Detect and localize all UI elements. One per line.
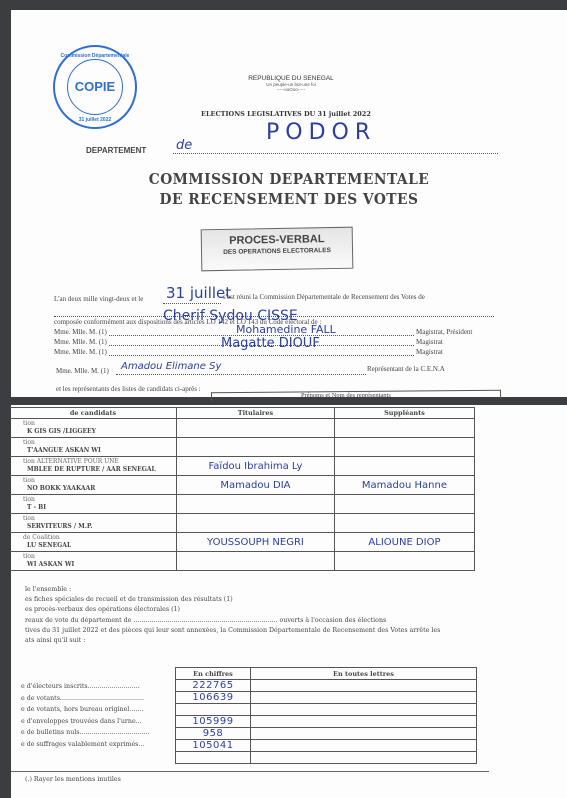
result-row: 105999	[176, 716, 477, 728]
suppleant-handwritten: ALIOUNE DIOP	[334, 533, 474, 552]
pv-title-box: PROCES-VERBAL DES OPERATIONS ELECTORALES	[201, 227, 354, 272]
titulaire-handwritten	[177, 438, 335, 457]
ensemble-line: ats ainsi qu'il suit :	[25, 636, 440, 646]
candidate-list-row: tion SERVITEURS / M.P.	[10, 514, 475, 533]
result-label: e de votants, hors bureau originel......…	[21, 704, 150, 716]
header-lists: de candidats	[10, 408, 177, 419]
candidate-list-row: de Coalition LU SENEGAL YOUSSOUPH NEGRI …	[10, 533, 475, 552]
result-in-letters	[251, 680, 477, 692]
document-page-2: de candidats Titulaires Suppléants tion …	[11, 405, 567, 798]
result-label: e d'enveloppes trouvées dans l'urne...	[21, 716, 150, 728]
intro-line1-prefix: L'an deux mille vingt-deux et le	[54, 295, 143, 303]
candidate-list-row: tion K GIS GIS /LIGGEEY	[10, 419, 475, 438]
member-2-name-handwritten: Mohamedine FALL	[236, 323, 336, 336]
result-figure-handwritten: 958	[176, 728, 251, 740]
intro-line1-suffix: s'est réuni la Commission Départementale…	[223, 293, 425, 301]
reps-header-partial: Prénoms et Nom des représentants	[301, 392, 391, 399]
header-en-toutes-lettres: En toutes lettres	[251, 668, 477, 680]
header-suppleants: Suppléants	[334, 408, 474, 419]
member-4-name-handwritten: Amadou Elimane Sy	[121, 361, 221, 372]
commission-title-line1: COMMISSION DEPARTEMENTALE	[33, 170, 545, 188]
department-name-handwritten: PODOR	[266, 120, 376, 145]
result-row: 106639	[176, 692, 477, 704]
member-3-role: Magistrat	[416, 348, 443, 356]
result-figure-handwritten: 222765	[176, 680, 251, 692]
list-name: tion T - BI	[10, 495, 177, 514]
result-row: 105041	[176, 740, 477, 752]
list-name: tion WI ASKAN WI	[10, 552, 177, 571]
result-figure-handwritten	[176, 704, 251, 716]
suppleant-handwritten	[334, 552, 474, 571]
ensemble-line: es procès-verbaux des opérations élector…	[25, 605, 440, 615]
candidate-list-row: tion T'AANGUE ASKAN WI	[10, 438, 475, 457]
suppleant-handwritten: Mamadou Hanne	[334, 476, 474, 495]
result-in-letters	[251, 692, 477, 704]
titulaire-handwritten	[177, 419, 335, 438]
ensemble-line: es fiches spéciales de recueil et de tra…	[25, 595, 440, 605]
commission-title-line2: DE RECENSEMENT DES VOTES	[33, 190, 545, 208]
list-name: tion SERVITEURS / M.P.	[10, 514, 177, 533]
member-3-name-handwritten: Magatte DIOUF	[221, 336, 320, 351]
member-1-name-handwritten: Cherif Sydou CISSE	[163, 308, 298, 324]
pv-subtitle: DES OPERATIONS ELECTORALES	[202, 247, 352, 257]
result-row: 222765	[176, 680, 477, 692]
titulaire-handwritten: Mamadou DIA	[177, 476, 335, 495]
suppleant-handwritten	[334, 457, 474, 476]
ensemble-line: tives du 31 juillet 2022 et des pièces q…	[25, 626, 440, 636]
result-in-letters	[251, 716, 477, 728]
footer-divider	[11, 771, 489, 772]
result-in-letters	[251, 740, 477, 752]
result-figure-handwritten: 106639	[176, 692, 251, 704]
candidate-list-row: tion T - BI	[10, 495, 475, 514]
result-in-letters	[251, 728, 477, 740]
titulaire-handwritten	[177, 514, 335, 533]
ensemble-line: reaux de vote du département de ........…	[25, 616, 440, 626]
member-2-role: Magistrat	[416, 338, 443, 346]
list-name: tion ALTERNATIVE POUR UNE MBLEE DE RUPTU…	[10, 457, 177, 476]
copie-stamp: Commission Départementale COPIE 31 juill…	[53, 45, 137, 129]
list-name: tion K GIS GIS /LIGGEEY	[10, 419, 177, 438]
result-figure-handwritten: 105999	[176, 716, 251, 728]
ensemble-text: le l'ensemble :es fiches spéciales de re…	[25, 585, 440, 646]
result-row	[176, 704, 477, 716]
candidate-list-row: tion ALTERNATIVE POUR UNE MBLEE DE RUPTU…	[10, 457, 475, 476]
result-label: e d'électeurs inscrits..................…	[21, 681, 150, 693]
titulaire-handwritten	[177, 552, 335, 571]
result-row: 958	[176, 728, 477, 740]
ensemble-line: le l'ensemble :	[25, 585, 440, 595]
candidate-list-row: tion NO BOKK YAAKAAR Mamadou DIA Mamadou…	[10, 476, 475, 495]
candidate-list-row: tion WI ASKAN WI	[10, 552, 475, 571]
titulaire-handwritten: Faïdou Ibrahima Ly	[177, 457, 335, 476]
result-label: e de votants............................…	[21, 693, 150, 705]
list-name: tion T'AANGUE ASKAN WI	[10, 438, 177, 457]
suppleant-handwritten	[334, 438, 474, 457]
department-dotted-line	[173, 153, 498, 154]
results-table: En chiffres En toutes lettres 222765 106…	[175, 667, 477, 764]
list-name: de Coalition LU SENEGAL	[10, 533, 177, 552]
header-titulaires: Titulaires	[177, 408, 335, 419]
result-label: e de bulletins nuls.....................…	[21, 727, 150, 739]
header-en-chiffres: En chiffres	[176, 668, 251, 680]
republic-header: REPUBLIQUE DU SENEGAL Un peuple-un but-u…	[201, 75, 381, 92]
titulaire-handwritten	[177, 495, 335, 514]
suppleant-handwritten	[334, 495, 474, 514]
suppleant-handwritten	[334, 419, 474, 438]
stamp-copie-text: COPIE	[55, 79, 135, 94]
pv-title: PROCES-VERBAL	[202, 233, 352, 248]
date-handwritten: 31 juillet	[166, 284, 231, 302]
titulaire-handwritten: YOUSSOUPH NEGRI	[177, 533, 335, 552]
result-label: e de suffrages valablement exprimés...	[21, 739, 150, 751]
department-label: DEPARTEMENT	[86, 146, 146, 155]
results-labels: e d'électeurs inscrits..................…	[21, 681, 150, 750]
list-name: tion NO BOKK YAAKAAR	[10, 476, 177, 495]
reps-line: et les représentants des listes de candi…	[56, 385, 201, 393]
footnote: (.) Rayer les mentions inutiles	[25, 776, 121, 783]
candidates-table: de candidats Titulaires Suppléants tion …	[10, 407, 475, 571]
member-1-role: Magistrat, Président	[416, 328, 472, 336]
result-in-letters	[251, 704, 477, 716]
suppleant-handwritten	[334, 514, 474, 533]
document-page-1: Commission Départementale COPIE 31 juill…	[11, 10, 567, 397]
department-prefix-handwritten: de	[176, 138, 192, 153]
result-figure-handwritten: 105041	[176, 740, 251, 752]
elections-heading: ELECTIONS LEGISLATIVES DU 31 juillet 202…	[201, 110, 371, 118]
member-4-role: Représentant de la C.E.N.A	[367, 365, 445, 373]
